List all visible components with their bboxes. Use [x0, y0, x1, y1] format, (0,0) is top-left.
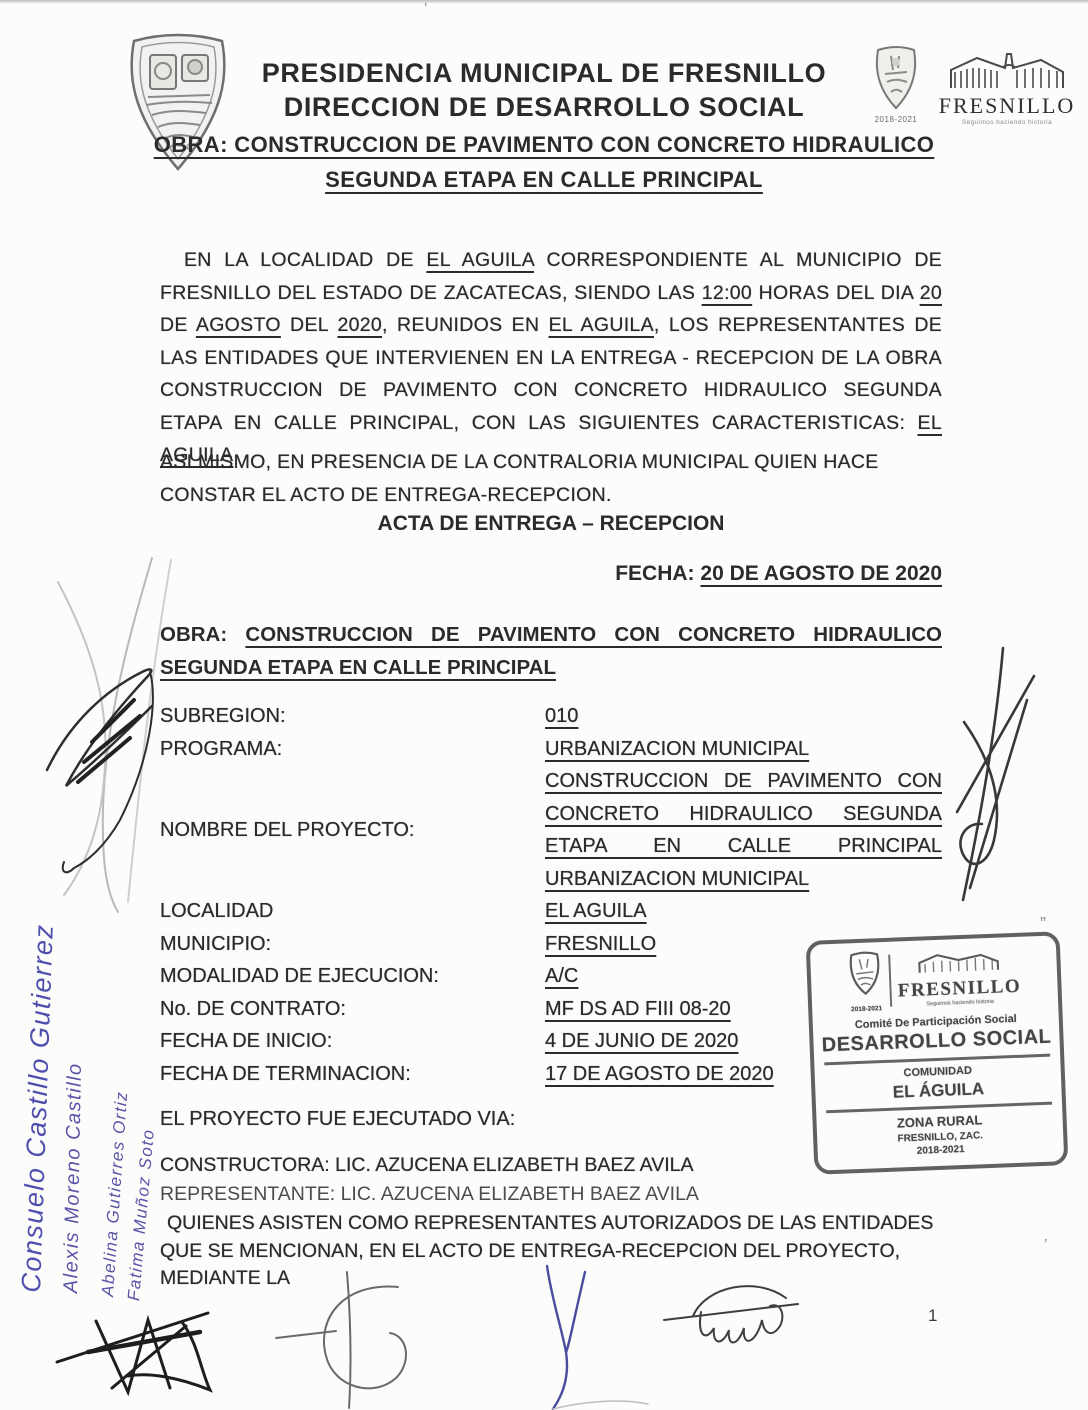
header-obra-line1: OBRA: CONSTRUCCION DE PAVIMENTO CON CONC… — [0, 132, 1088, 158]
intro-seg-underlined: AGOSTO — [196, 314, 281, 336]
contraloria-paragraph: ASI MISMO, EN PRESENCIA DE LA CONTRALORI… — [160, 446, 942, 511]
field-row-subregion: SUBREGION: 010 — [160, 700, 942, 733]
handwritten-name-1: Consuelo Castillo Gutierrez — [16, 923, 60, 1293]
header-title-line2: DIRECCION DE DESARROLLO SOCIAL — [0, 92, 1088, 123]
signature-tintin — [664, 1286, 798, 1342]
signature-left-flourish — [47, 558, 171, 912]
field-value: URBANIZACION MUNICIPAL — [545, 733, 942, 766]
field-label: FECHA DE TERMINACION: — [160, 1058, 545, 1091]
fecha-label: FECHA: — [615, 562, 700, 585]
signature-bottom-left — [57, 1313, 210, 1392]
acta-title: ACTA DE ENTREGA – RECEPCION — [160, 512, 942, 536]
intro-seg: DE — [160, 314, 196, 336]
stamp-shield-years: 2018-2021 — [848, 1005, 884, 1013]
field-label: SUBREGION: — [160, 700, 545, 733]
field-label: PROGRAMA: — [160, 733, 545, 766]
intro-seg-underlined: 2020 — [337, 314, 382, 336]
intro-seg-underlined: EL AGUILA — [549, 314, 654, 336]
field-label: LOCALIDAD — [160, 895, 545, 928]
field-value: 010 — [545, 700, 942, 733]
header-obra-line2: SEGUNDA ETAPA EN CALLE PRINCIPAL — [0, 167, 1088, 193]
intro-seg-underlined: 20 — [920, 282, 942, 304]
signature-right-zigzag — [957, 648, 1034, 900]
field-label: NOMBRE DEL PROYECTO: — [160, 814, 545, 847]
scan-artifact-comma: ’ — [1044, 1236, 1047, 1253]
document-page: 2018-2021 FRESNILLO Seguimos haciendo hi… — [0, 0, 1088, 1410]
intro-seg: DEL — [281, 314, 338, 336]
scan-edge — [0, 0, 1088, 3]
obra-block: OBRA: CONSTRUCCION DE PAVIMENTO CON CONC… — [160, 618, 942, 684]
intro-seg: HORAS DEL DIA — [752, 282, 920, 304]
scan-artifact-quote: ” — [1040, 914, 1046, 935]
closing-paragraph: QUIENES ASISTEN COMO REPRESENTANTES AUTO… — [160, 1210, 942, 1293]
stamp-building-icon — [916, 949, 1001, 974]
intro-seg: EN LA LOCALIDAD DE — [184, 249, 426, 271]
field-row-programa: PROGRAMA: URBANIZACION MUNICIPAL — [160, 733, 942, 766]
field-row-localidad: LOCALIDAD EL AGUILA — [160, 895, 942, 928]
field-label: MUNICIPIO: — [160, 928, 545, 961]
field-value: CONSTRUCCION DE PAVIMENTO CON CONCRETO H… — [545, 765, 942, 895]
field-row-nombre-proyecto: NOMBRE DEL PROYECTO: CONSTRUCCION DE PAV… — [160, 765, 942, 895]
obra-value: CONSTRUCCION DE PAVIMENTO CON CONCRETO H… — [160, 623, 942, 679]
scan-artifact-apostrophe: ’ — [424, 0, 427, 17]
stamp-fresnillo-logo: FRESNILLO Seguimos haciendo historia — [896, 948, 1021, 1008]
field-label: No. DE CONTRATO: — [160, 993, 545, 1026]
header-title-line1: PRESIDENCIA MUNICIPAL DE FRESNILLO — [0, 58, 1088, 89]
stamp-logo-row: 2018-2021 FRESNILLO Seguimos haciendo hi… — [816, 944, 1052, 1015]
fecha-line: FECHA: 20 DE AGOSTO DE 2020 — [160, 562, 942, 586]
stamp-shield-icon: 2018-2021 — [846, 950, 884, 1013]
fecha-value: 20 DE AGOSTO DE 2020 — [700, 562, 942, 585]
representante-line: REPRESENTANTE: LIC. AZUCENA ELIZABETH BA… — [160, 1183, 942, 1206]
field-label: FECHA DE INICIO: — [160, 1025, 545, 1058]
intro-paragraph: EN LA LOCALIDAD DE EL AGUILA CORRESPONDI… — [160, 244, 942, 472]
handwritten-name-2: Alexis Moreno Castillo — [60, 1062, 87, 1293]
intro-seg-underlined: EL AGUILA — [426, 249, 534, 271]
field-value: EL AGUILA — [545, 895, 942, 928]
stamp-divider-vertical — [889, 955, 893, 1007]
intro-seg: , REUNIDOS EN — [382, 314, 549, 336]
handwritten-name-4: Fatima Muñoz Soto — [124, 1128, 159, 1302]
committee-stamp: 2018-2021 FRESNILLO Seguimos haciendo hi… — [806, 931, 1069, 1175]
intro-seg-underlined: 12:00 — [702, 282, 752, 304]
page-number: 1 — [928, 1306, 937, 1326]
obra-label: OBRA: — [160, 623, 245, 646]
field-label: MODALIDAD DE EJECUCION: — [160, 960, 545, 993]
